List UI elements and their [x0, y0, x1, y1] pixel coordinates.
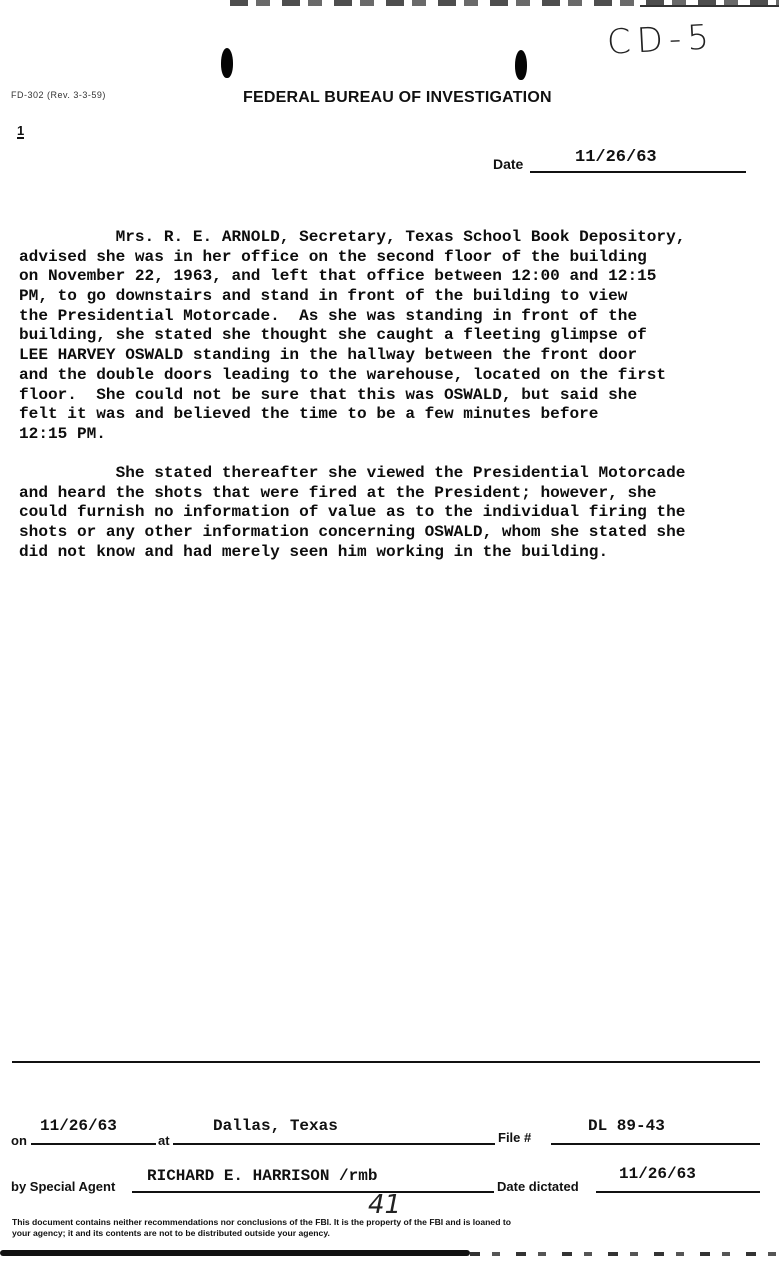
- agency-title: FEDERAL BUREAU OF INVESTIGATION: [243, 89, 552, 107]
- scan-edge-bottom: [470, 1252, 779, 1256]
- disclaimer: This document contains neither recommend…: [12, 1217, 772, 1238]
- on-underline: [31, 1143, 156, 1145]
- date-label: Date: [493, 156, 523, 172]
- text-line: felt it was and believed the time to be …: [19, 405, 764, 425]
- at-label: at: [158, 1133, 170, 1148]
- date-dictated-value: 11/26/63: [619, 1165, 696, 1183]
- text-line: She stated thereafter she viewed the Pre…: [19, 464, 764, 484]
- text-line: did not know and had merely seen him wor…: [19, 543, 764, 563]
- text-line: 12:15 PM.: [19, 425, 764, 445]
- text-line: and the double doors leading to the ware…: [19, 366, 764, 386]
- text-line: advised she was in her office on the sec…: [19, 248, 764, 268]
- special-agent-value: RICHARD E. HARRISON /rmb: [147, 1167, 377, 1185]
- text-line: floor. She could not be sure that this w…: [19, 386, 764, 406]
- text-line: shots or any other information concernin…: [19, 523, 764, 543]
- special-agent-label: by Special Agent: [11, 1179, 115, 1194]
- date-value: 11/26/63: [575, 148, 657, 167]
- date-underline: [530, 171, 746, 173]
- on-date-value: 11/26/63: [40, 1117, 117, 1135]
- date-dictated-underline: [596, 1191, 760, 1193]
- handwritten-page-number: 41: [368, 1190, 401, 1220]
- punch-hole-mark: [515, 50, 527, 80]
- handwritten-document-id: CD-5: [606, 17, 716, 63]
- on-label: on: [11, 1133, 27, 1148]
- date-dictated-label: Date dictated: [497, 1179, 579, 1194]
- disclaimer-line-2: your agency; it and its contents are not…: [12, 1228, 772, 1239]
- at-underline: [173, 1143, 495, 1145]
- footer-divider: [12, 1061, 760, 1063]
- interview-paragraph-2: She stated thereafter she viewed the Pre…: [19, 464, 764, 562]
- file-number-label: File #: [498, 1130, 531, 1145]
- disclaimer-line-1: This document contains neither recommend…: [12, 1217, 772, 1228]
- text-line: could furnish no information of value as…: [19, 503, 764, 523]
- scan-edge-bottom: [0, 1250, 470, 1256]
- punch-hole-mark: [221, 48, 233, 78]
- text-line: on November 22, 1963, and left that offi…: [19, 267, 764, 287]
- interview-paragraph-1: Mrs. R. E. ARNOLD, Secretary, Texas Scho…: [19, 228, 764, 445]
- text-line: LEE HARVEY OSWALD standing in the hallwa…: [19, 346, 764, 366]
- form-number: FD-302 (Rev. 3-3-59): [11, 90, 106, 100]
- text-line: and heard the shots that were fired at t…: [19, 484, 764, 504]
- text-line: building, she stated she thought she cau…: [19, 326, 764, 346]
- file-number-underline: [551, 1143, 760, 1145]
- page-mark: 1: [17, 125, 24, 139]
- special-agent-underline: [132, 1191, 494, 1193]
- file-number-value: DL 89-43: [588, 1117, 665, 1135]
- scan-edge-line: [640, 5, 779, 7]
- text-line: the Presidential Motorcade. As she was s…: [19, 307, 764, 327]
- text-line: Mrs. R. E. ARNOLD, Secretary, Texas Scho…: [19, 228, 764, 248]
- text-line: PM, to go downstairs and stand in front …: [19, 287, 764, 307]
- location-value: Dallas, Texas: [213, 1117, 338, 1135]
